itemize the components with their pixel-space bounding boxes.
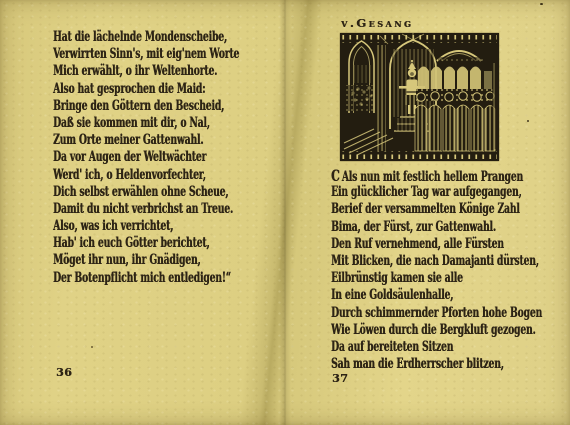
page-number-left: 36 <box>56 366 72 379</box>
poem-line: Dich selbst erwählen ohne Scheue, <box>53 184 239 201</box>
book-spread: Hat die lächelnde Mondenscheibe,Verwirrt… <box>0 0 570 425</box>
poem-line: Mich erwählt, o ihr Weltenhorte. <box>53 63 239 80</box>
poem-line: CAls nun mit festlich hellem Prangen <box>331 167 542 184</box>
poem-line: Eilbrünstig kamen sie alle <box>331 270 542 287</box>
poem-line: Bringe den Göttern den Bescheid, <box>53 98 239 115</box>
poem-line-text: Als nun mit festlich hellem Prangen <box>342 169 523 185</box>
poem-line: Werd' ich, o Heldenvorfechter, <box>53 167 239 184</box>
poem-line: In eine Goldsäulenhalle, <box>331 287 542 304</box>
poem-line: Sah man die Erdherrscher blitzen, <box>331 356 542 373</box>
woodcut-illustration <box>340 33 499 161</box>
arcade <box>418 67 481 90</box>
poem-line: Der Botenpflicht mich entledigen!“ <box>53 270 239 287</box>
poem-line: Damit du nicht verbrichst an Treue. <box>53 201 239 218</box>
poem-line: Hat die lächelnde Mondenscheibe, <box>53 29 239 46</box>
capitulum-mark: C <box>331 166 340 185</box>
poem-line: Wie Löwen durch die Bergkluft gezogen. <box>331 322 542 339</box>
poem-line: Durch schimmernder Pforten hohe Bogen <box>331 305 542 322</box>
poem-line: Da vor Augen der Weltwächter <box>53 149 239 166</box>
gutter-shadow <box>279 0 291 425</box>
poem-line: Daß sie kommen mit dir, o Nal, <box>53 115 239 132</box>
poem-line: Möget ihr nun, ihr Gnädigen, <box>53 252 239 269</box>
poem-line: Also, was ich verrichtet, <box>53 218 239 235</box>
poem-line: Also hat gesprochen die Maid: <box>53 81 239 98</box>
page-number-right: 37 <box>332 372 348 385</box>
left-page-poem: Hat die lächelnde Mondenscheibe,Verwirrt… <box>53 29 239 287</box>
running-head: v.Gesang <box>341 16 413 30</box>
poem-line: Bima, der Fürst, zur Gattenwahl. <box>331 219 542 236</box>
poem-line: Zum Orte meiner Gattenwahl. <box>53 132 239 149</box>
paper-speck <box>540 3 543 5</box>
woodcut-svg <box>340 33 499 161</box>
right-poem-lines: Ein glücklicher Tag war aufgegangen,Beri… <box>331 184 542 373</box>
poem-line: Mit Blicken, die nach Damajanti dürsten, <box>331 253 542 270</box>
right-page-poem: CAls nun mit festlich hellem Prangen Ein… <box>331 167 542 373</box>
poem-line: Da auf bereiteten Sitzen <box>331 339 542 356</box>
paper-speck <box>91 346 93 348</box>
paper-speck <box>527 120 529 122</box>
poem-line: Ein glücklicher Tag war aufgegangen, <box>331 184 542 201</box>
poem-line: Den Ruf vernehmend, alle Fürsten <box>331 236 542 253</box>
poem-line: Hab' ich euch Götter berichtet, <box>53 235 239 252</box>
poem-line: Berief der versammelten Könige Zahl <box>331 201 542 218</box>
poem-line: Verwirrten Sinn's, mit eig'nem Worte <box>53 46 239 63</box>
